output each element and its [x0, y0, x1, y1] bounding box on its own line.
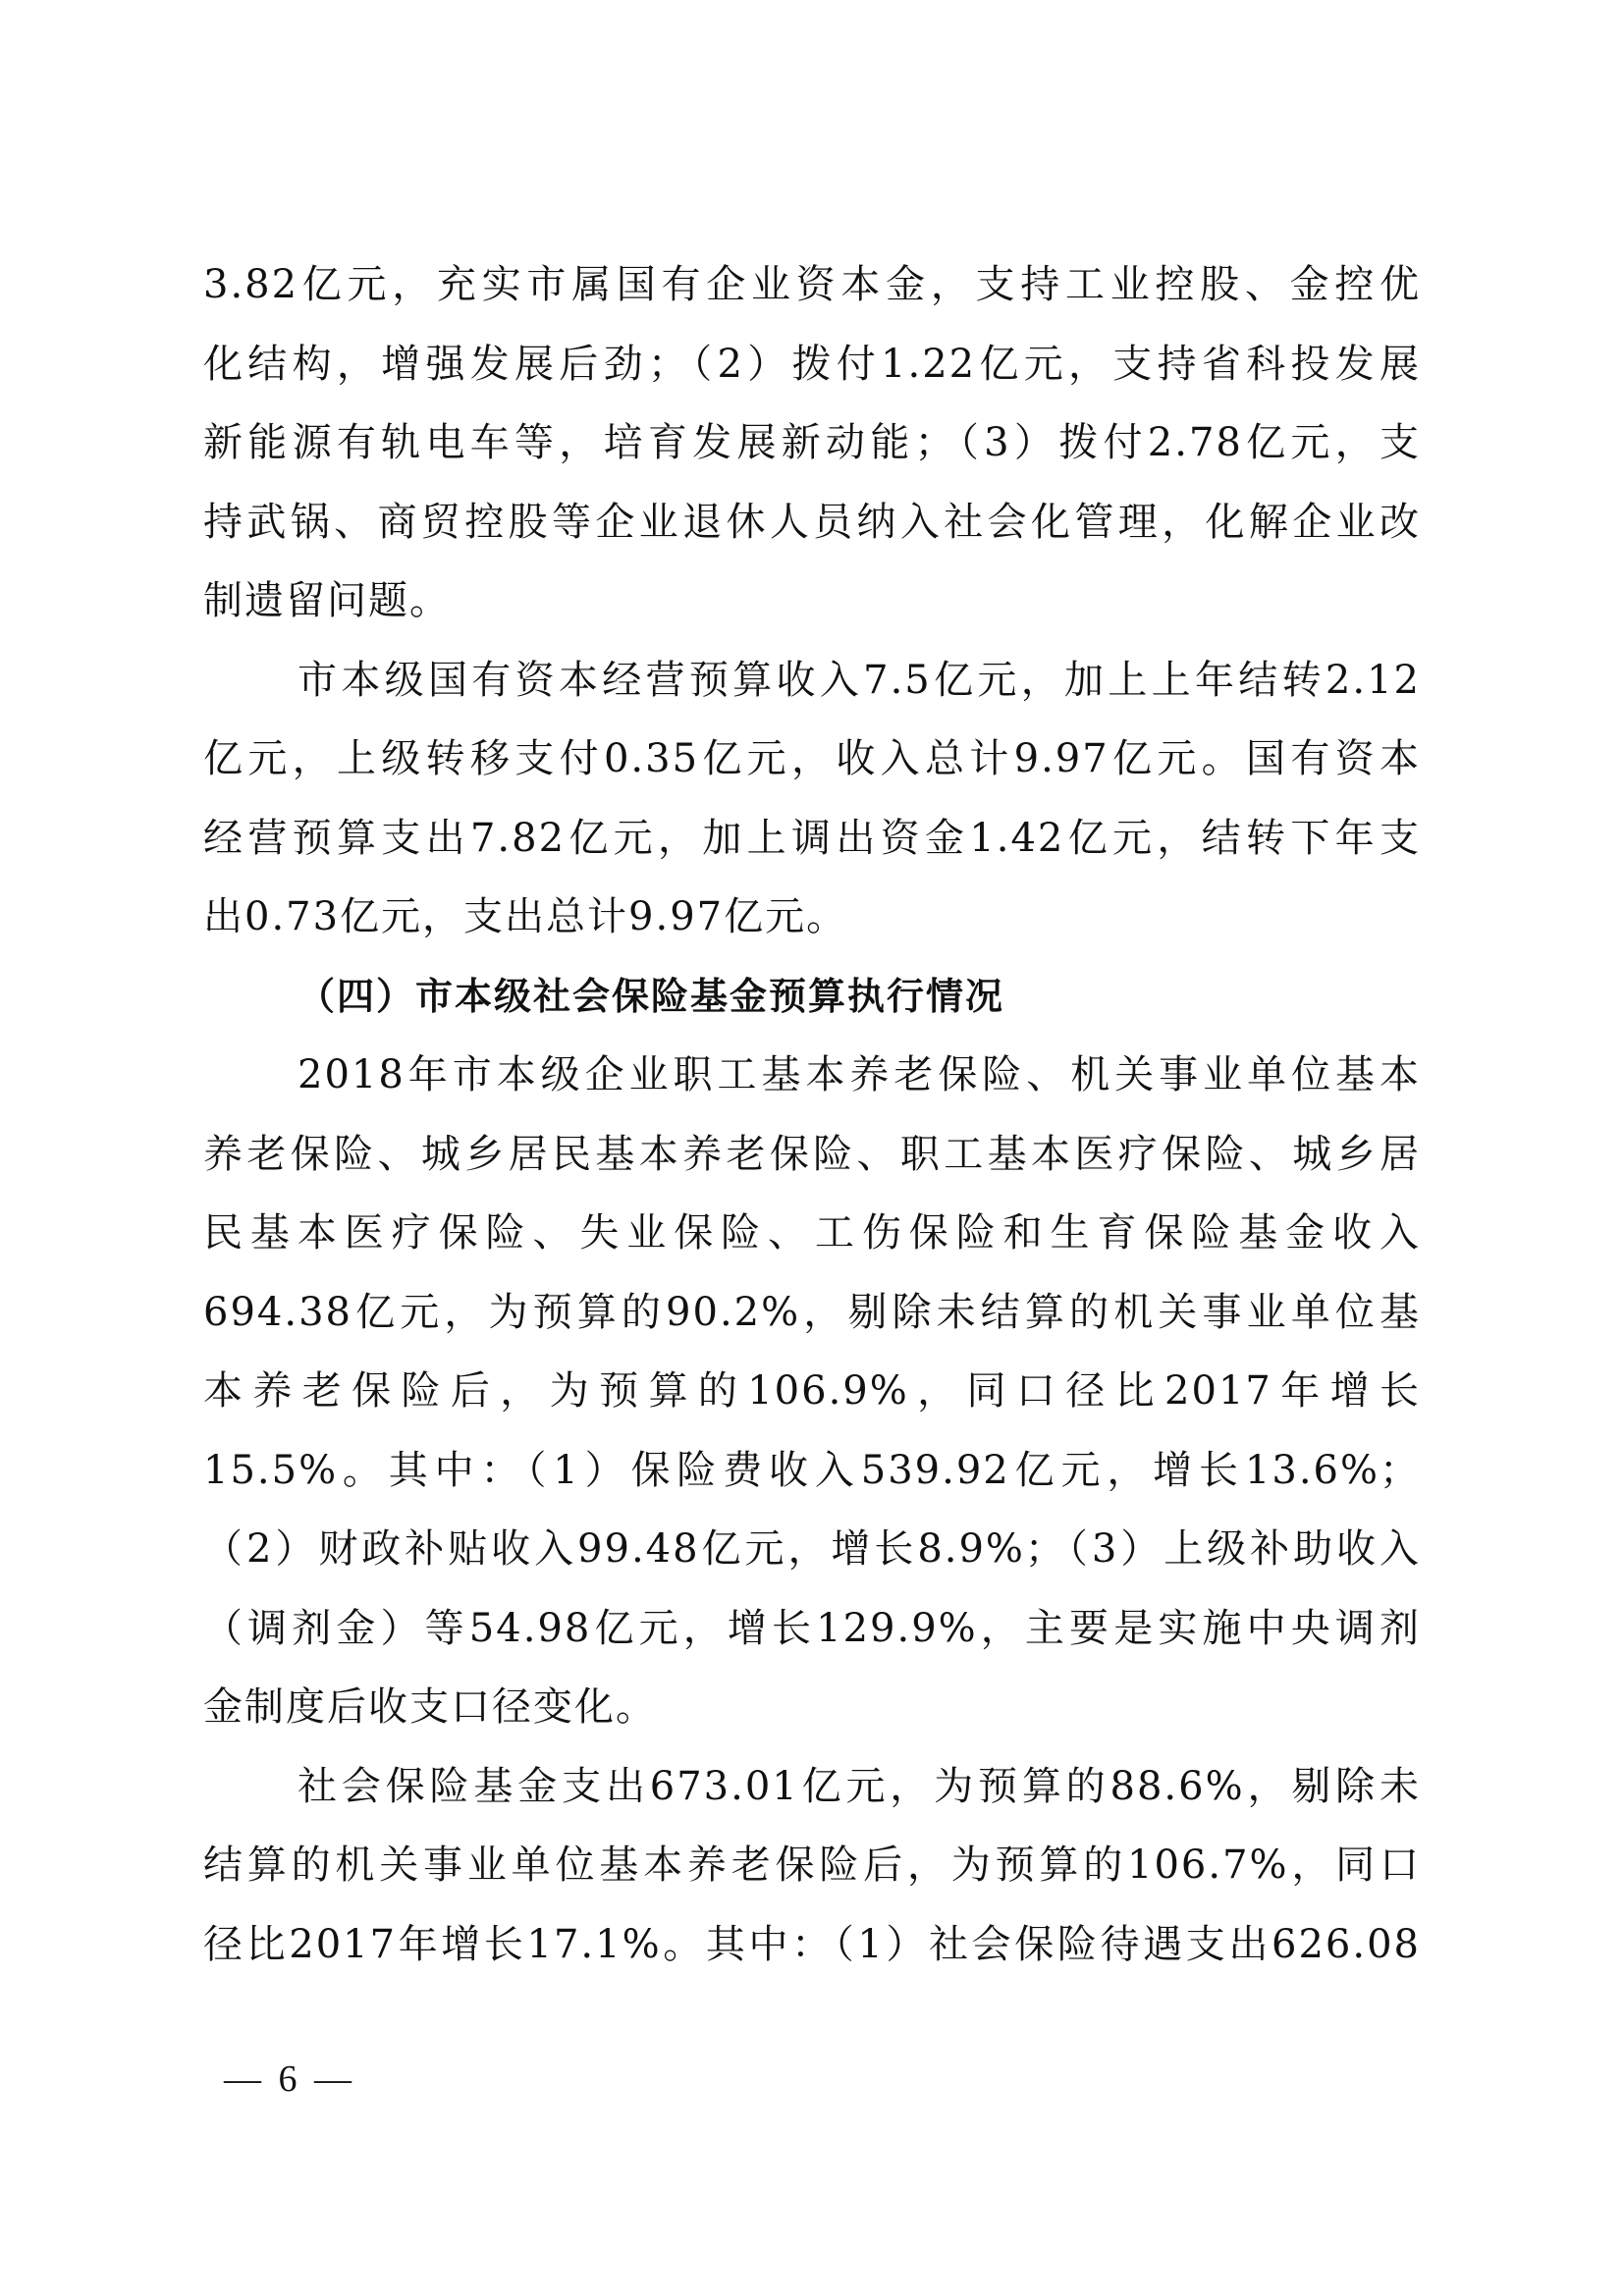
text-line: 新能源有轨电车等，培育发展新动能；（3）拨付2.78亿元，支 — [203, 403, 1421, 483]
text-line: 3.82亿元，充实市属国有企业资本金，支持工业控股、金控优 — [203, 245, 1421, 325]
paragraph-continued: 3.82亿元，充实市属国有企业资本金，支持工业控股、金控优 化结构，增强发展后劲… — [203, 245, 1421, 641]
text-line: 市本级国有资本经营预算收入7.5亿元，加上上年结转2.12 — [203, 641, 1421, 721]
text-line: 出0.73亿元，支出总计9.97亿元。 — [203, 878, 1421, 957]
document-page: 3.82亿元，充实市属国有企业资本金，支持工业控股、金控优 化结构，增强发展后劲… — [0, 0, 1623, 2296]
text-line: 化结构，增强发展后劲；（2）拨付1.22亿元，支持省科投发展 — [203, 325, 1421, 404]
paragraph-social-insurance-expense: 社会保险基金支出673.01亿元，为预算的88.6%，剔除未 结算的机关事业单位… — [203, 1747, 1421, 1985]
text-line: 本养老保险后，为预算的106.9%，同口径比2017年增长 — [203, 1352, 1421, 1431]
text-line: 社会保险基金支出673.01亿元，为预算的88.6%，剔除未 — [203, 1747, 1421, 1827]
text-line: 亿元，上级转移支付0.35亿元，收入总计9.97亿元。国有资本 — [203, 720, 1421, 799]
text-line: 金制度后收支口径变化。 — [203, 1668, 1421, 1747]
text-line: 持武锅、商贸控股等企业退休人员纳入社会化管理，化解企业改 — [203, 483, 1421, 562]
body-text: 3.82亿元，充实市属国有企业资本金，支持工业控股、金控优 化结构，增强发展后劲… — [203, 245, 1421, 1984]
text-line: 15.5%。其中：（1）保险费收入539.92亿元，增长13.6%； — [203, 1431, 1421, 1511]
text-line: 制遗留问题。 — [203, 561, 1421, 641]
text-line: 经营预算支出7.82亿元，加上调出资金1.42亿元，结转下年支 — [203, 799, 1421, 879]
text-line: 2018年市本级企业职工基本养老保险、机关事业单位基本 — [203, 1036, 1421, 1115]
text-line: 结算的机关事业单位基本养老保险后，为预算的106.7%，同口 — [203, 1826, 1421, 1905]
section-heading: （四）市本级社会保险基金预算执行情况 — [203, 957, 1421, 1037]
paragraph-state-capital-budget: 市本级国有资本经营预算收入7.5亿元，加上上年结转2.12 亿元，上级转移支付0… — [203, 641, 1421, 957]
page-number: — 6 — — [224, 2050, 355, 2109]
text-line: 民基本医疗保险、失业保险、工伤保险和生育保险基金收入 — [203, 1194, 1421, 1273]
text-line: （2）财政补贴收入99.48亿元，增长8.9%；（3）上级补助收入 — [203, 1510, 1421, 1589]
text-line: 径比2017年增长17.1%。其中：（1）社会保险待遇支出626.08 — [203, 1905, 1421, 1985]
paragraph-social-insurance-income: 2018年市本级企业职工基本养老保险、机关事业单位基本 养老保险、城乡居民基本养… — [203, 1036, 1421, 1747]
text-line: 养老保险、城乡居民基本养老保险、职工基本医疗保险、城乡居 — [203, 1115, 1421, 1195]
text-line: （调剂金）等54.98亿元，增长129.9%，主要是实施中央调剂 — [203, 1589, 1421, 1669]
text-line: 694.38亿元，为预算的90.2%，剔除未结算的机关事业单位基 — [203, 1273, 1421, 1353]
